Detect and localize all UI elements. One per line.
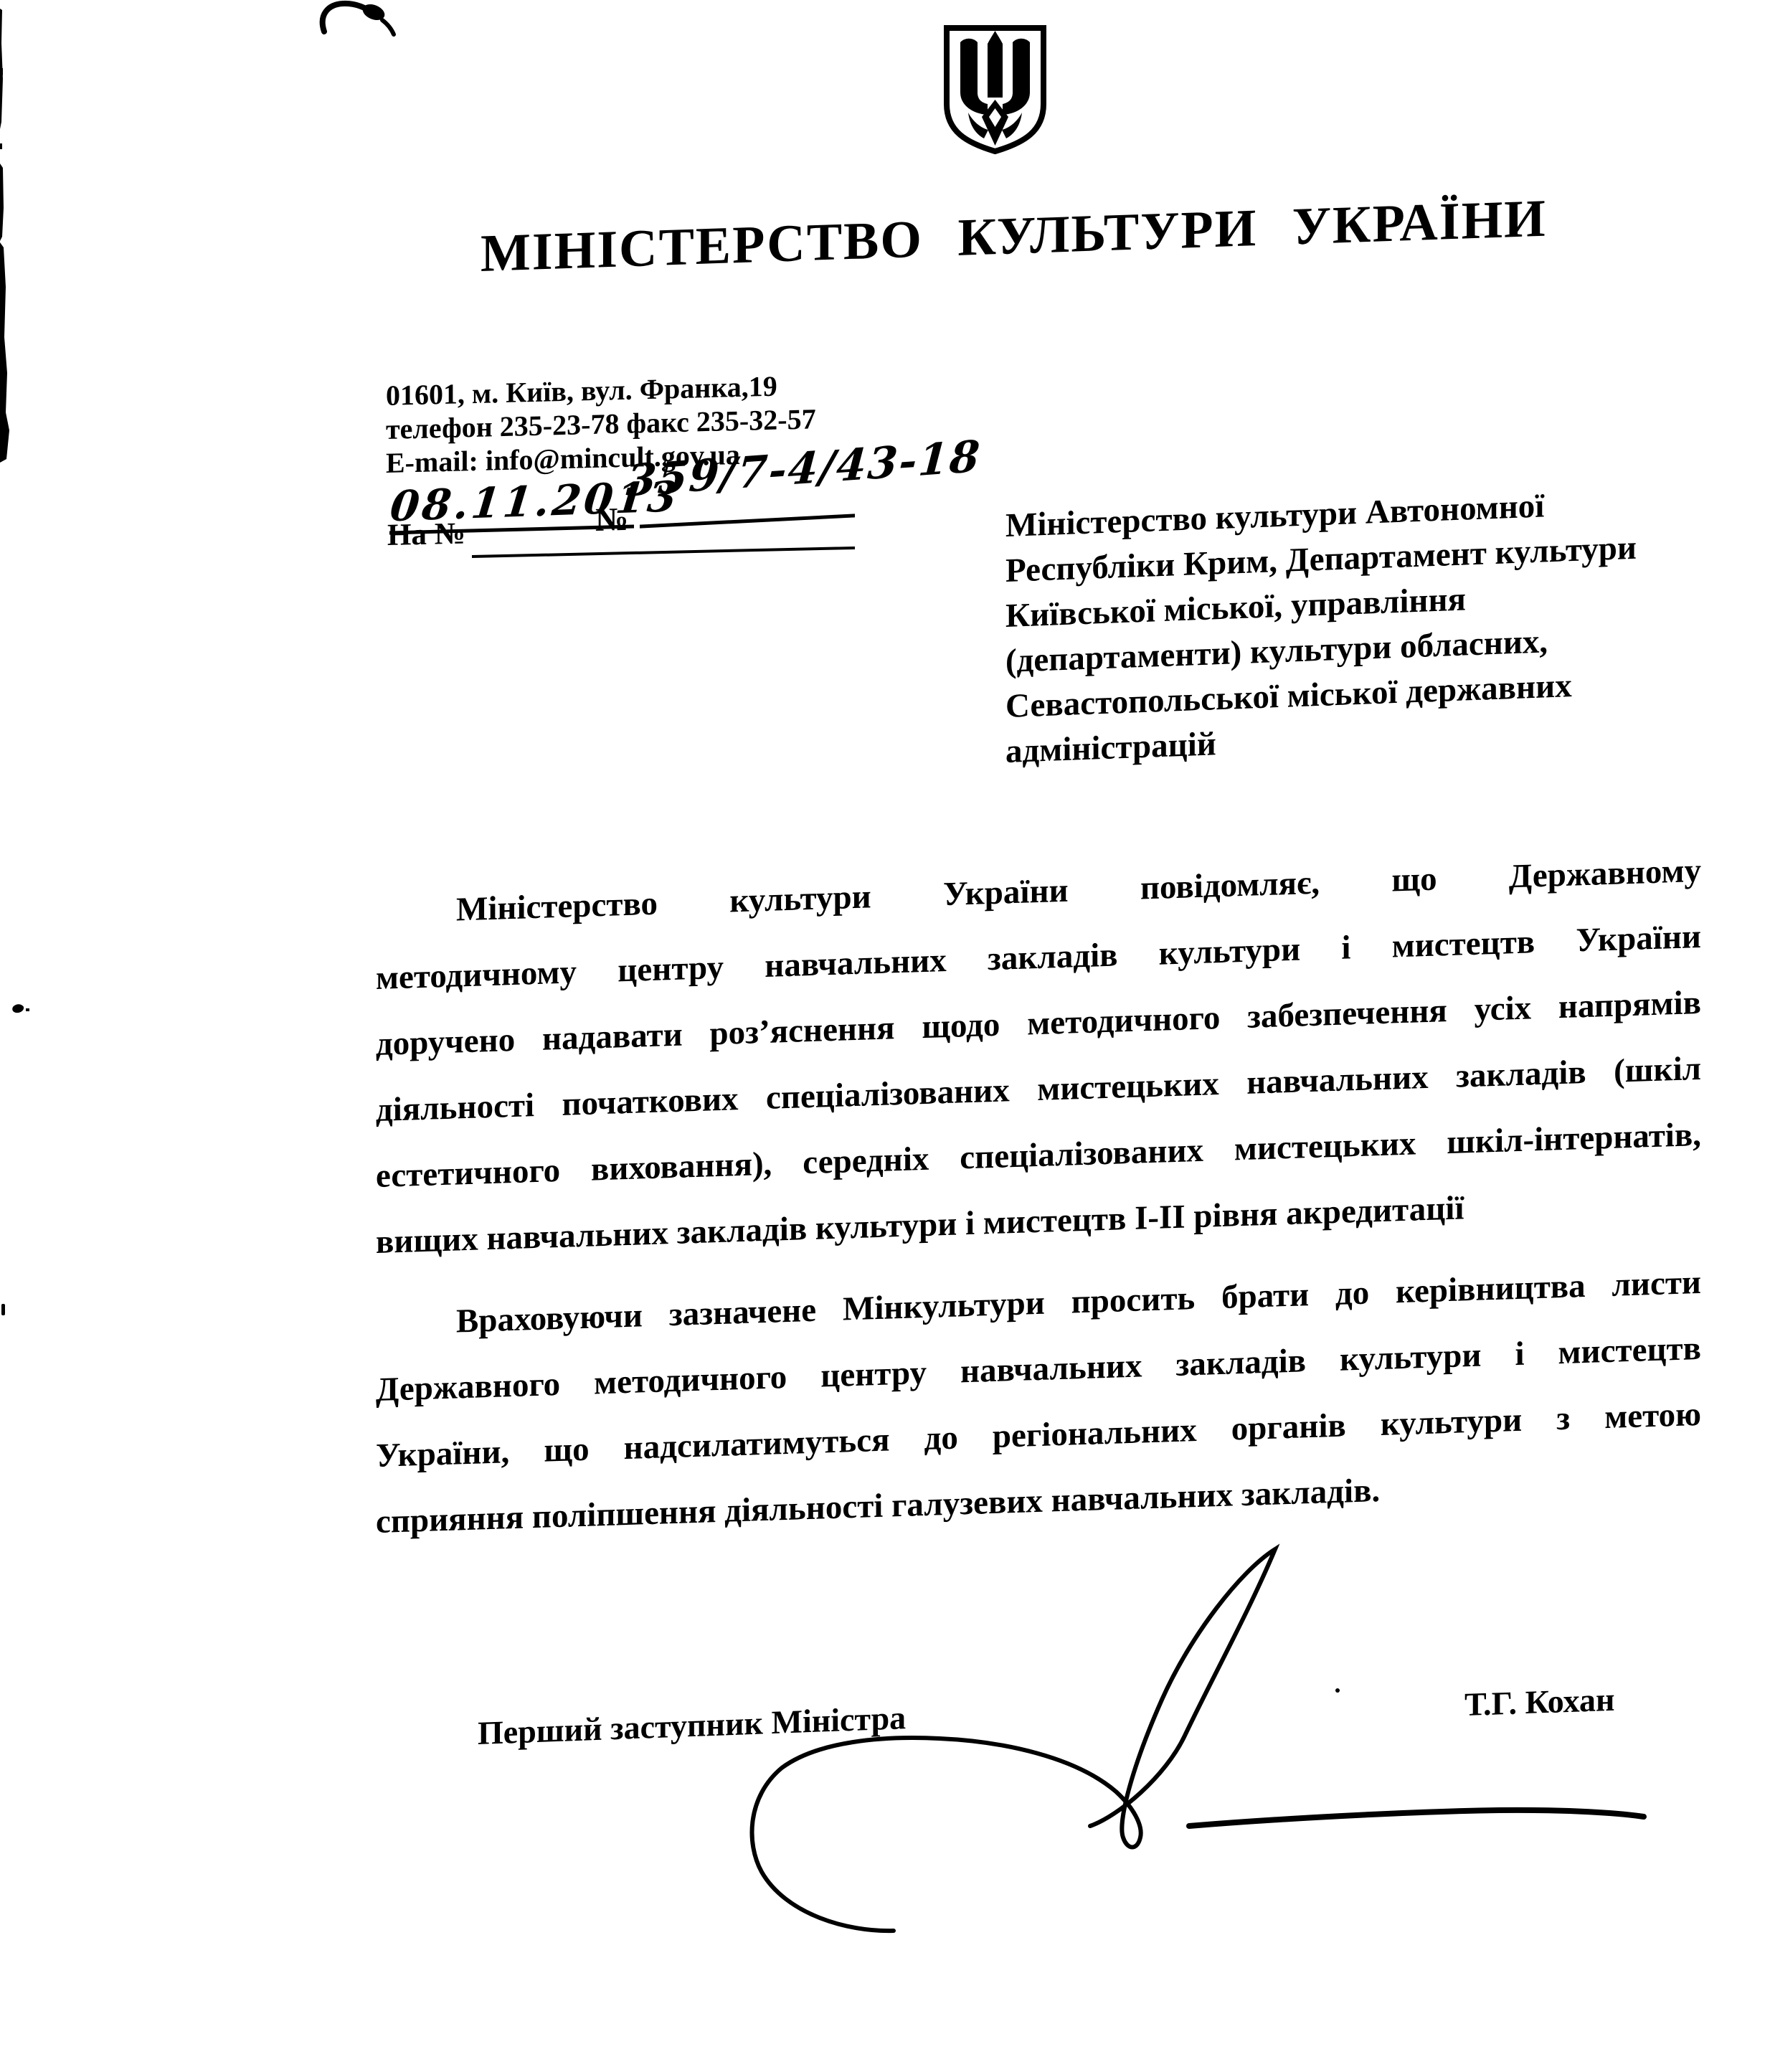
scanned-letter-page: МІНІСТЕРСТВО КУЛЬТУРИ УКРАЇНИ 01601, м. … <box>0 0 1770 2072</box>
reply-reference-underline <box>472 547 855 558</box>
body-paragraph-2: Враховуючи зазначене Мінкультури просить… <box>376 1249 1701 1555</box>
number-sign: № <box>595 500 628 539</box>
reply-reference-label: На № <box>387 516 465 553</box>
ukraine-trident-emblem <box>941 24 1049 156</box>
signer-position-title: Перший заступник Міністра <box>478 1698 906 1752</box>
signer-name: Т.Г. Кохан <box>1464 1680 1614 1723</box>
body-paragraph-1: Міністерство культури України повідомляє… <box>376 838 1701 1275</box>
ministry-title: МІНІСТЕРСТВО КУЛЬТУРИ УКРАЇНИ <box>481 189 1547 285</box>
letter-body: Міністерство культури України повідомляє… <box>376 838 1701 1555</box>
recipient-block: Міністерство культури Автономної Республ… <box>1005 477 1730 775</box>
